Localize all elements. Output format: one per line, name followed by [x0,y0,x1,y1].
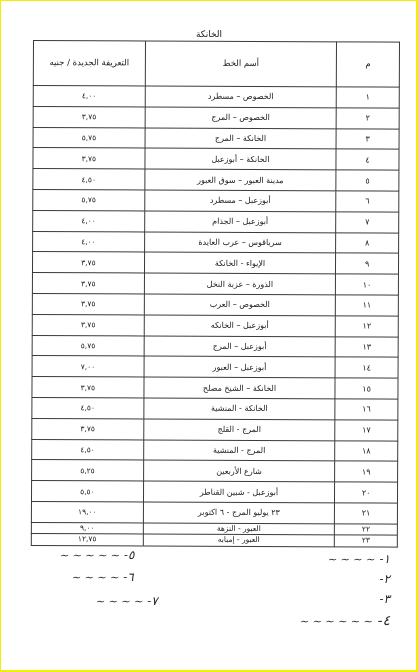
signature-index: ٤- [378,613,390,629]
row-line-name: العبور - إمبابه [143,534,335,546]
row-tariff: ١٩,٠٠ [31,501,143,522]
row-tariff: ٤,٠٠ [33,231,145,252]
tariff-table: م أسم الخط التعريفة الجديدة / جنيه ١الخص… [31,40,400,547]
row-tariff: ٤,٥٠ [32,397,144,418]
row-number: ١ [336,87,399,108]
row-line-name: ٢٣ يوليو المرج - ٦ اكتوبر [143,502,335,524]
row-tariff: ٥,٧٥ [33,127,145,148]
row-line-name: الخصوص – مسطرد [145,86,337,108]
handwritten-signature: ~ ~ ~ ~ ~ [59,549,122,562]
row-tariff: ٤,٠٠ [33,86,145,107]
row-number: ٢١ [335,503,398,524]
row-number: ٢ [336,108,399,129]
table-row: ١٦الخانكة - المنشية٤,٥٠ [32,397,398,419]
row-number: ١٥ [335,378,398,399]
row-tariff: ٣,٧٥ [32,314,144,335]
table-row: ١٥الخانكة – الشيخ مصلح٣,٧٥ [32,377,398,399]
row-line-name: الخانكة – الشيخ مصلح [144,377,336,399]
row-number: ٦ [336,191,399,212]
signature-1: ١- ~ ~ ~ ~ [328,552,390,566]
signature-index: ٥- [124,548,135,562]
row-line-name: أبوزعبل - شبين القناطر [143,481,335,503]
row-tariff: ٣,٧٥ [32,252,144,273]
row-tariff: ٥,٧٥ [33,189,145,210]
row-line-name: العبور - النزهة [143,523,335,535]
table-header-row: م أسم الخط التعريفة الجديدة / جنيه [33,41,399,88]
signature-3: ٣- [376,592,390,606]
row-number: ٢٠ [335,482,398,503]
row-number: ٢٢ [335,524,398,536]
row-number: ١٧ [335,420,398,441]
row-number: ١٨ [335,440,398,461]
row-line-name: الإيواء - الخانكة [144,252,336,274]
row-number: ١١ [335,295,398,316]
row-line-name: أبوزعبل – الجذام [144,211,336,233]
row-line-name: الخانكة – أبوزعبل [145,148,337,170]
row-line-name: مدينة العبور – سوق العبور [145,169,337,191]
table-row: ٥مدينة العبور – سوق العبور٤,٥٠ [33,169,399,191]
table-row: ٢١٢٣ يوليو المرج - ٦ اكتوبر١٩,٠٠ [31,501,397,523]
row-tariff: ٣,٧٥ [33,148,145,169]
row-number: ٤ [336,149,399,170]
header-line-name: أسم الخط [145,41,337,87]
signature-4: ٤- ~ ~ ~ ~ ~ ~ [300,613,390,629]
table-row: ١٢أبوزعبل – الخانكه٣,٧٥ [32,314,398,336]
row-line-name: أبوزعبل – المرج [144,336,336,358]
row-tariff: ٣,٧٥ [33,106,145,127]
row-line-name: المرج - المنشية [143,440,335,462]
handwritten-signature: ~ ~ ~ ~ [327,553,377,566]
table-row: ١١الخصوص – العرب٣,٧٥ [32,293,398,315]
row-line-name: شارع الأربعين [143,460,335,482]
document-title: الخانكة [0,30,418,40]
row-line-name: المرج - القلج [143,419,335,441]
table-row: ١٤أبوزعبل – العبور٧,٠٠ [32,356,398,378]
row-tariff: ٤,٥٠ [32,439,144,460]
row-tariff: ٣,٧٥ [32,293,144,314]
row-line-name: أبوزعبل – الخانكه [144,315,336,337]
row-line-name: أبوزعبل – مسطرد [144,190,336,212]
table-row: ٨سرياقوس – عرب العايدة٤,٠٠ [33,231,399,253]
signature-index: ١- [379,552,390,566]
row-tariff: ٥,٥٠ [31,481,143,502]
row-line-name: الخصوص – المرج [145,107,337,129]
table-row: ٩الإيواء - الخانكة٣,٧٥ [32,252,398,274]
table-row: ١٩شارع الأربعين٥,٢٥ [32,460,398,482]
row-tariff: ٤,٥٠ [33,169,145,190]
row-number: ١٤ [335,357,398,378]
row-number: ١٦ [335,399,398,420]
signature-7: ٧- ~ ~ ~ ~ [96,594,158,608]
table-row: ١٧المرج - القلج٣,٧٥ [32,418,398,440]
row-line-name: الخصوص – العرب [144,294,336,316]
table-row: ٤الخانكة – أبوزعبل٣,٧٥ [33,148,399,170]
signature-6: ٦- ~ ~ ~ ~ [72,570,134,584]
row-number: ٩ [336,253,399,274]
row-tariff: ٥,٢٥ [32,460,144,481]
header-number: م [336,42,399,87]
row-number: ١٠ [336,274,399,295]
signature-2: ٢- [376,572,390,586]
row-line-name: أبوزعبل – العبور [144,356,336,378]
row-number: ٣ [336,128,399,149]
row-tariff: ٤,٠٠ [33,210,145,231]
signature-index: ٣- [379,592,390,606]
row-number: ٢٣ [334,535,397,547]
handwritten-signature: ~ ~ ~ ~ ~ ~ [299,615,375,628]
row-tariff: ٣,٧٥ [32,273,144,294]
row-number: ٧ [336,212,399,233]
row-line-name: الذورة – عزبة النخل [144,273,336,295]
table-row: ١٠الذورة – عزبة النخل٣,٧٥ [32,273,398,295]
signature-index: ٦- [123,570,134,584]
table-row: ٦أبوزعبل – مسطرد٥,٧٥ [33,189,399,211]
row-number: ٥ [336,170,399,191]
row-line-name: سرياقوس – عرب العايدة [144,232,336,254]
row-tariff: ٣,٧٥ [32,418,144,439]
table-row: ٢٣العبور - إمبابه١٢,٧٥ [31,534,397,547]
row-number: ١٢ [335,316,398,337]
row-number: ١٩ [335,461,398,482]
handwritten-signature: ~ ~ ~ ~ [71,571,121,584]
signature-index: ٧- [147,594,158,608]
signature-index: ٢- [379,572,390,586]
row-tariff: ٥,٧٥ [32,335,144,356]
handwritten-signature: ~ ~ ~ ~ [95,595,145,608]
signature-5: ٥- ~ ~ ~ ~ ~ [60,548,134,562]
row-tariff: ٩,٠٠ [31,522,143,534]
row-tariff: ٣,٧٥ [32,377,144,398]
table-row: ٧أبوزعبل – الجذام٤,٠٠ [33,210,399,232]
row-line-name: الخانكة – المرج [145,128,337,150]
row-number: ١٣ [335,336,398,357]
table-row: ١٨المرج - المنشية٤,٥٠ [32,439,398,461]
row-tariff: ١٢,٧٥ [31,534,143,546]
row-line-name: الخانكة - المنشية [144,398,336,420]
row-number: ٨ [336,232,399,253]
table-row: ١الخصوص – مسطرد٤,٠٠ [33,86,399,108]
table-row: ٢٠أبوزعبل - شبين القناطر٥,٥٠ [31,481,397,503]
table-row: ١٣أبوزعبل – المرج٥,٧٥ [32,335,398,357]
table-row: ٢الخصوص – المرج٣,٧٥ [33,106,399,128]
table-row: ٣الخانكة – المرج٥,٧٥ [33,127,399,149]
row-tariff: ٧,٠٠ [32,356,144,377]
header-new-tariff: التعريفة الجديدة / جنيه [33,41,145,86]
